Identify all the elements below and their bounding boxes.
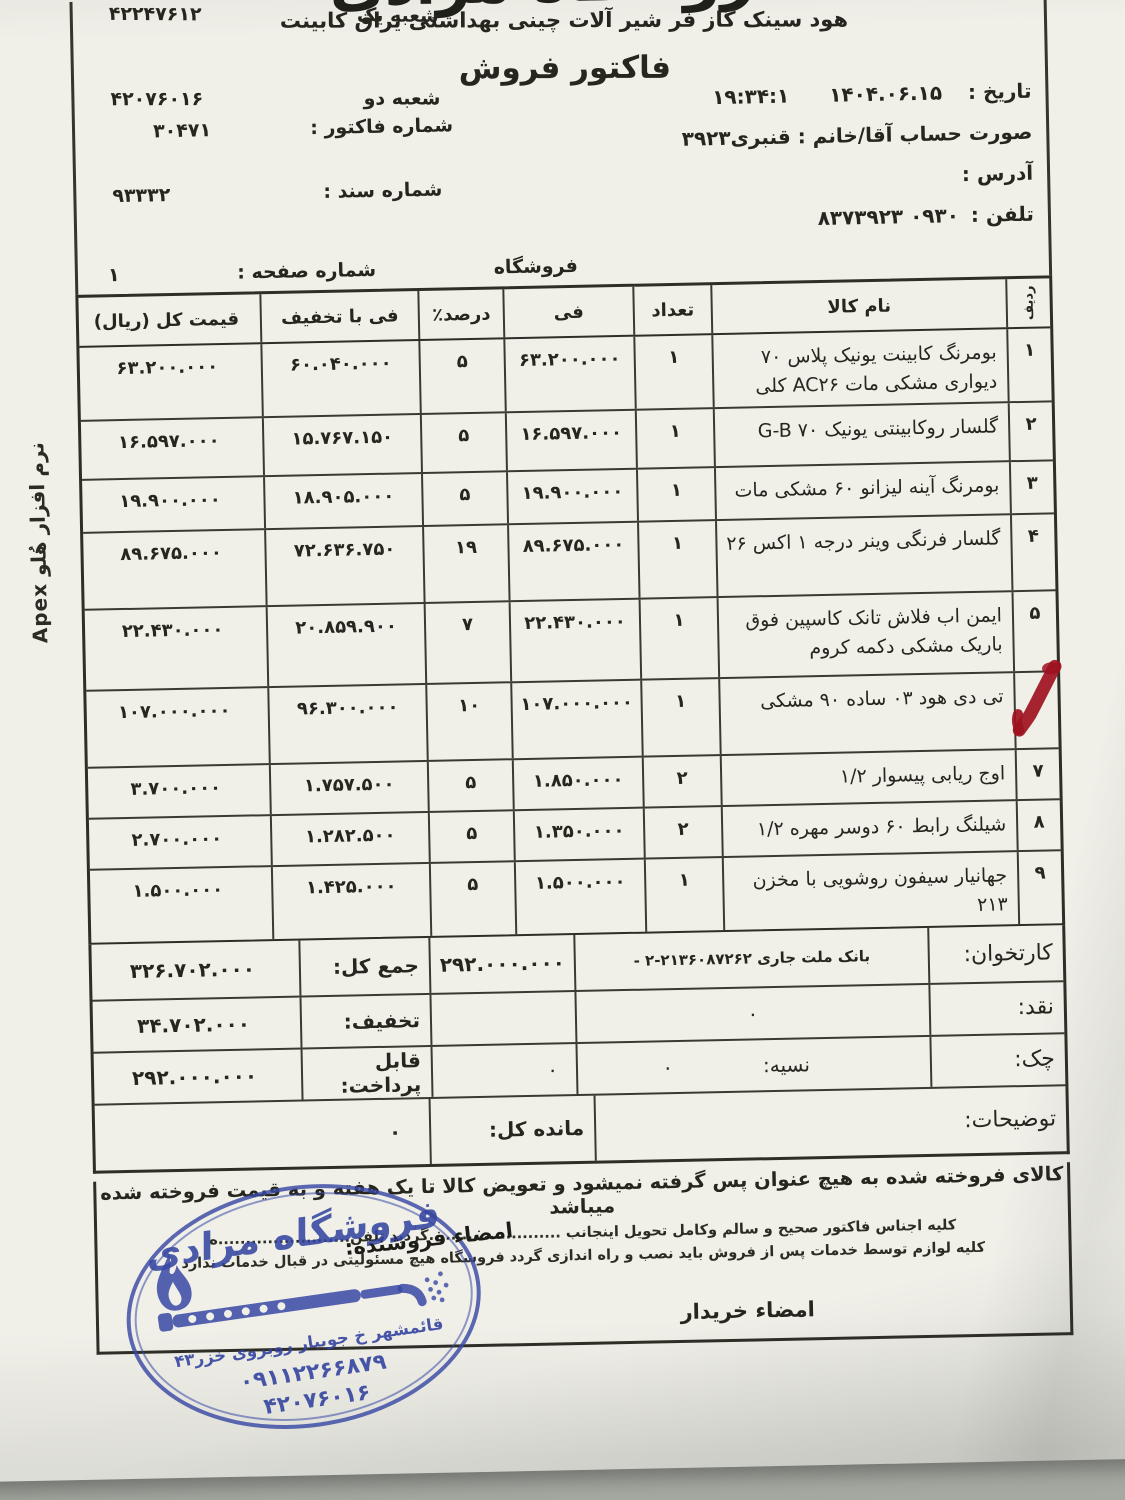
- page-number-value: ۱: [108, 264, 120, 286]
- cell-rowno: ۹: [1019, 851, 1062, 924]
- payable-label: قابل پرداخت:: [303, 1047, 434, 1100]
- cell-pct: ۵: [431, 862, 517, 936]
- header-total-price: قیمت کل (ریال): [72, 294, 262, 346]
- page-number-line: فروشگاه شماره صفحه : ۱: [108, 255, 578, 286]
- cash-label: نقد:: [930, 982, 1064, 1035]
- invoice-number-line: شماره فاکتور : ۳۰۴۷۱: [153, 114, 453, 142]
- cell-pct: ۵: [429, 760, 515, 811]
- discount-value: ۳۴.۷۰۲.۰۰۰: [87, 997, 303, 1051]
- page-number-label: شماره صفحه :: [237, 259, 376, 284]
- header-discount-percent: درصد٪: [419, 289, 505, 339]
- cell-rowno: ۸: [1018, 800, 1061, 850]
- cell-name: تی دی هود ۰۳ ساده ۹۰ مشکی: [720, 673, 1016, 754]
- credit-cell: نسیه: ۰: [577, 1037, 932, 1094]
- date-label: تاریخ :: [968, 79, 1032, 104]
- branch2-phone: ۴۲۰۷۶۰۱۶: [110, 88, 203, 110]
- cell-qty: ۱: [638, 468, 717, 521]
- stamp-address: قائمشهر خ جویبار روبروی خزر۴۳: [131, 1308, 486, 1377]
- cell-name: گلسار روکابینتی یونیک G-B ۷۰: [715, 403, 1011, 466]
- card-reader-amount: ۲۹۲.۰۰۰.۰۰۰: [430, 935, 576, 993]
- customer-line: صورت حساب آقا/خانم : قنبری۳۹۲۳: [582, 120, 1032, 153]
- cell-unit: ۱۶.۵۹۷.۰۰۰: [507, 411, 638, 471]
- items-table: ردیف نام کالا تعداد فی درصد٪ فی با تخفیف…: [75, 275, 1065, 944]
- shop-stamp: فروشگاه مرادی قائمشهر خ جویبار روب: [110, 1162, 497, 1452]
- red-ink-checkmark: [1009, 658, 1067, 745]
- cell-rowno: ۱: [1008, 328, 1051, 401]
- remaining-value: ۰: [89, 1099, 432, 1171]
- cell-unit: ۲۲.۴۳۰.۰۰۰: [511, 600, 643, 682]
- invoice-document: فروشگاه مرادی هود سینک گاز فر شیر آلات چ…: [69, 0, 1073, 1354]
- cell-total: ۱۰۷.۰۰۰.۰۰۰: [80, 688, 270, 767]
- cell-unit: ۶۳.۲۰۰.۰۰۰: [505, 337, 636, 411]
- cell-unit-disc: ۱۵.۷۶۷.۱۵۰: [264, 415, 423, 475]
- cell-unit-disc: ۱۸.۹۰۵.۰۰۰: [265, 474, 424, 528]
- cell-pct: ۵: [422, 413, 508, 472]
- card-reader-label: کارتخوان:: [929, 925, 1063, 983]
- totals-section: کارتخوان: بانک ملت جاری ۲۱۳۶۰۸۷۲۶۲-۲ - ۲…: [88, 925, 1069, 1174]
- cell-qty: ۱: [641, 598, 721, 679]
- cell-total: ۲.۷۰۰.۰۰۰: [83, 816, 273, 869]
- flame-icon: [143, 1248, 203, 1317]
- cell-rowno: ۳: [1011, 461, 1054, 513]
- doc-number-value: ۹۳۳۳۲: [112, 184, 170, 207]
- cell-name: اوج ریابی پیسوار ۱/۲: [722, 750, 1018, 805]
- cell-unit-disc: ۷۲.۶۳۶.۷۵۰: [266, 527, 425, 605]
- phone-value: ۰۹۳۰ ۸۳۷۳۹۲۳: [817, 203, 959, 230]
- cell-unit: ۱۹.۹۰۰.۰۰۰: [508, 470, 639, 524]
- header-row-number: ردیف: [1004, 281, 1053, 324]
- cash-mid-cell: [431, 992, 577, 1045]
- cell-qty: ۲: [645, 807, 724, 858]
- bank-account-text: بانک ملت جاری ۲۱۳۶۰۸۷۲۶۲-۲ -: [575, 928, 930, 990]
- cell-unit-disc: ۲۰.۸۵۹.۹۰۰: [268, 604, 428, 686]
- cell-pct: ۷: [426, 602, 513, 683]
- invoice-number-value: ۳۰۴۷۱: [153, 119, 211, 142]
- cell-pct: ۱۹: [424, 525, 510, 602]
- cell-qty: ۱: [635, 335, 714, 408]
- invoice-header: فروشگاه مرادی هود سینک گاز فر شیر آلات چ…: [69, 0, 1052, 295]
- cell-name: بومرنگ کابینت یونیک پلاس ۷۰ دیواری مشکی …: [713, 329, 1009, 407]
- cell-unit-disc: ۱.۲۸۲.۵۰۰: [272, 813, 431, 865]
- cell-unit-disc: ۱.۷۵۷.۵۰۰: [271, 762, 430, 814]
- cell-total: ۱۶.۵۹۷.۰۰۰: [75, 418, 265, 479]
- discount-label: تخفیف:: [301, 995, 432, 1048]
- table-body: ۱بومرنگ کابینت یونیک پلاس ۷۰ دیواری مشکی…: [79, 328, 1062, 942]
- branch2-label: شعبه دو: [364, 87, 441, 109]
- branch1-line: شعبه یک ۴۲۲۴۷۶۱۲: [109, 3, 439, 27]
- cell-name: ایمن اب فلاش تانک کاسپین فوق باریک مشکی …: [719, 592, 1016, 677]
- cell-unit: ۸۹.۶۷۵.۰۰۰: [509, 523, 640, 601]
- cell-rowno: [1015, 672, 1058, 748]
- cell-qty: ۱: [639, 521, 718, 598]
- cell-rowno: ۷: [1017, 749, 1060, 799]
- date-value: ۱۴۰۴.۰۶.۱۵: [829, 80, 942, 106]
- cell-name: گلسار فرنگی وینر درجه ۱ اکس ۲۶: [717, 515, 1013, 596]
- cheque-label: چک:: [931, 1034, 1065, 1087]
- cell-total: ۳.۷۰۰.۰۰۰: [82, 765, 272, 818]
- branch2-line: شعبه دو ۴۲۰۷۶۰۱۶: [110, 87, 440, 110]
- doc-number-label: شماره سند :: [323, 179, 442, 203]
- paper-sheet: نرم افزار هُلو Apex فروشگاه مرادی هود سی…: [0, 0, 1125, 1482]
- payable-value: ۲۹۲.۰۰۰.۰۰۰: [88, 1049, 304, 1103]
- cell-pct: ۱۰: [427, 683, 513, 760]
- cell-total: ۱.۵۰۰.۰۰۰: [84, 867, 274, 943]
- cell-unit: ۱.۵۰۰.۰۰۰: [516, 859, 647, 933]
- stamp-phone-landline: ۴۲۰۷۶۰۱۶: [139, 1362, 495, 1437]
- cell-total: ۲۲.۴۳۰.۰۰۰: [79, 607, 270, 690]
- cell-pct: ۵: [423, 472, 509, 525]
- header-item-name: نام کالا: [712, 279, 1008, 333]
- grand-total-value: ۳۲۶.۷۰۲.۰۰۰: [85, 940, 301, 999]
- credit-label: نسیه:: [763, 1052, 810, 1077]
- cell-unit-disc: ۶۰.۰۴۰.۰۰۰: [262, 341, 421, 416]
- grand-total-label: جمع کل:: [300, 938, 431, 996]
- time-value: ۱۹:۳۴:۱: [712, 84, 789, 110]
- doc-number-line: شماره سند : ۹۳۳۳۲: [112, 179, 442, 208]
- phone-label: تلفن :: [971, 202, 1035, 227]
- cell-qty: ۱: [642, 679, 721, 756]
- header-left-block: شعبه یک ۴۲۲۴۷۶۱۲ شعبه دو ۴۲۰۷۶۰۱۶ شماره …: [109, 1, 443, 208]
- cell-rowno: ۴: [1012, 514, 1055, 590]
- software-watermark: نرم افزار هُلو Apex: [23, 387, 53, 699]
- header-quantity: تعداد: [634, 285, 713, 335]
- store-word: فروشگاه: [494, 255, 579, 279]
- cell-total: ۱۹.۹۰۰.۰۰۰: [76, 477, 266, 532]
- cell-qty: ۲: [644, 756, 723, 807]
- remarks-label: توضیحات:: [596, 1086, 1067, 1160]
- cell-qty: ۱: [637, 409, 716, 468]
- branch1-phone: ۴۲۲۴۷۶۱۲: [109, 3, 202, 26]
- cell-name: بومرنگ آینه لیزانو ۶۰ مشکی مات: [716, 462, 1012, 519]
- cell-total: ۶۳.۲۰۰.۰۰۰: [73, 344, 263, 420]
- invoice-number-label: شماره فاکتور :: [310, 114, 453, 139]
- cell-unit-disc: ۱.۴۲۵.۰۰۰: [273, 864, 432, 939]
- gas-torch-graphic: [142, 1259, 465, 1346]
- invoice-photo: نرم افزار هُلو Apex فروشگاه مرادی هود سی…: [0, 0, 1125, 1500]
- cash-value: ۰: [576, 985, 931, 1042]
- buyer-signature-label: امضاء خریدار: [680, 1297, 815, 1324]
- header-right-block: تاریخ : ۱۴۰۴.۰۶.۱۵ ۱۹:۳۴:۱ صورت حساب آقا…: [581, 79, 1034, 252]
- phone-line: تلفن : ۰۹۳۰ ۸۳۷۳۹۲۳: [584, 202, 1034, 235]
- cell-qty: ۱: [646, 858, 725, 931]
- cell-unit: ۱.۸۵۰.۰۰۰: [514, 757, 645, 809]
- address-label: آدرس :: [583, 161, 1033, 194]
- header-unit-after-discount: فی با تخفیف: [261, 291, 420, 342]
- cell-pct: ۵: [420, 339, 506, 413]
- branch1-label: شعبه یک: [357, 4, 439, 26]
- cell-unit: ۱.۳۵۰.۰۰۰: [515, 808, 646, 860]
- remaining-label: مانده کل:: [431, 1095, 597, 1163]
- cell-unit-disc: ۹۶.۳۰۰.۰۰۰: [269, 685, 428, 763]
- cell-unit: ۱۰۷.۰۰۰.۰۰۰: [512, 680, 643, 758]
- header-unit-price: فی: [504, 287, 635, 338]
- cell-total: ۸۹.۶۷۵.۰۰۰: [77, 530, 267, 609]
- cell-rowno: ۲: [1010, 402, 1053, 460]
- cell-pct: ۵: [430, 811, 516, 862]
- credit-value: ۰: [662, 1055, 673, 1079]
- cell-name: جهانیار سیفون روشویی با مخزن ۲۱۳: [724, 852, 1020, 930]
- cell-rowno: ۵: [1014, 591, 1058, 671]
- cell-name: شیلنگ رابط ۶۰ دوسر مهره ۱/۲: [723, 801, 1019, 856]
- cheque-value: ۰: [433, 1044, 579, 1097]
